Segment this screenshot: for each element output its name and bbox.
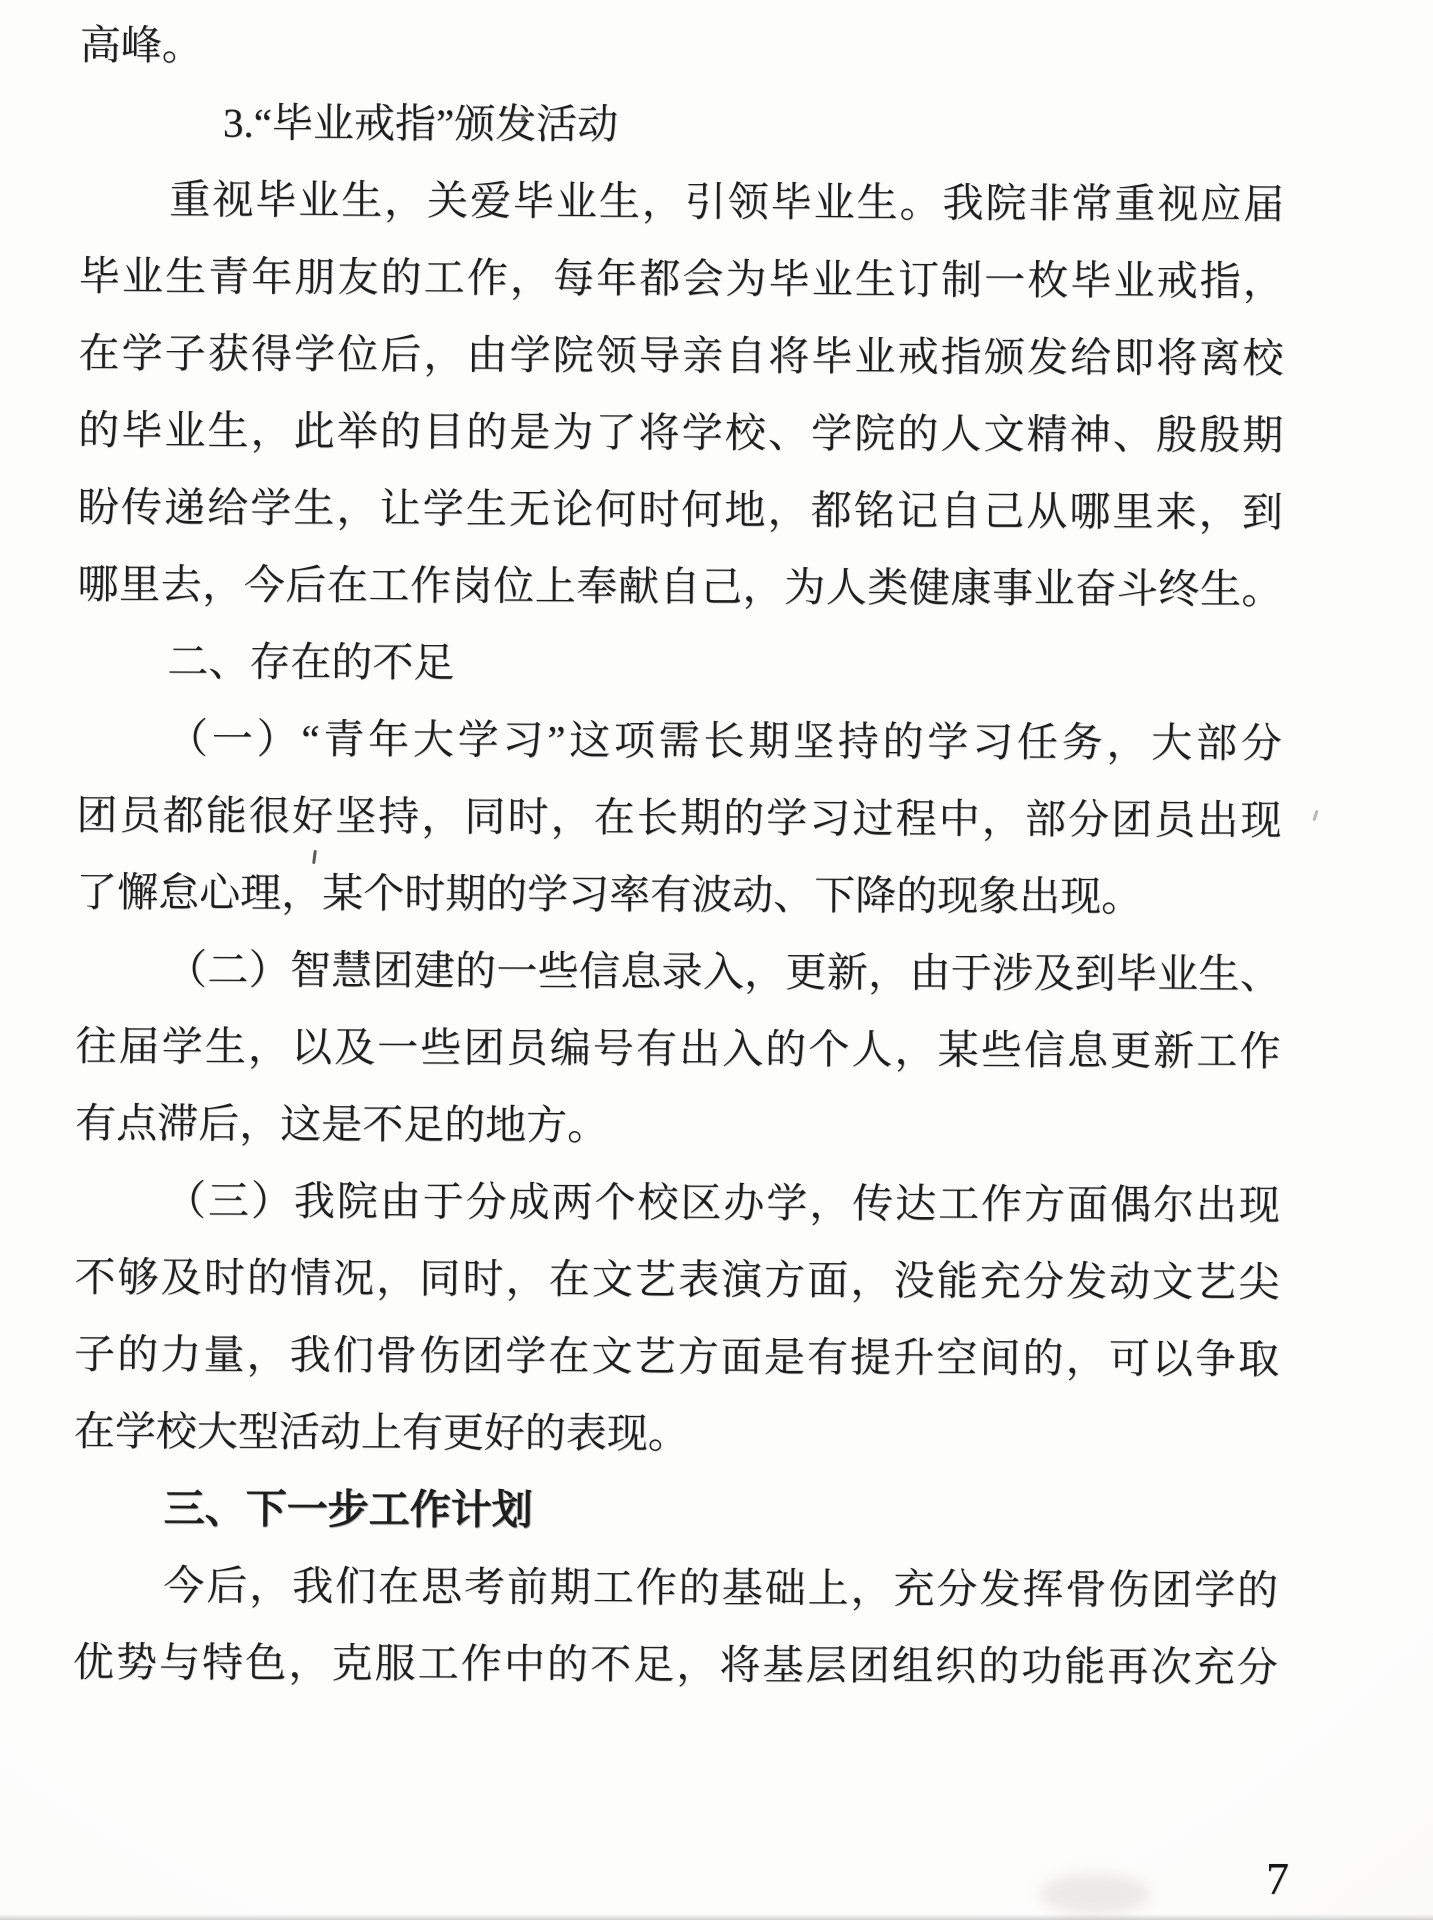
scan-speck xyxy=(1312,810,1318,821)
scan-edge-shadow xyxy=(0,1914,1433,1920)
scan-smudge xyxy=(1040,1874,1150,1914)
subheading: 3.“毕业戒指”颁发活动 xyxy=(79,84,1284,166)
text-line: 的毕业生，此举的目的是为了将学校、学院的人文精神、殷殷期 xyxy=(78,392,1283,474)
section-heading: 二、存在的不足 xyxy=(77,623,1282,705)
text-line: 子的力量，我们骨伤团学在文艺方面是有提升空间的，可以争取 xyxy=(74,1316,1279,1398)
text-line: 盼传递给学生，让学生无论何时何地，都铭记自己从哪里来，到 xyxy=(78,469,1283,551)
bold-heading: 三、下一步工作计划 xyxy=(73,1470,1278,1552)
page-number: 7 xyxy=(1266,1852,1289,1905)
text-line: （二）智慧团建的一些信息录入，更新，由于涉及到毕业生、 xyxy=(76,931,1281,1013)
scan-speck xyxy=(521,116,526,121)
text-line: 毕业生青年朋友的工作，每年都会为毕业生订制一枚毕业戒指， xyxy=(79,238,1284,320)
text-line: 哪里去，今后在工作岗位上奉献自己，为人类健康事业奋斗终生。 xyxy=(77,546,1282,628)
text-line: 重视毕业生，关爱毕业生，引领毕业生。我院非常重视应届 xyxy=(79,161,1284,243)
text-line: 今后，我们在思考前期工作的基础上，充分发挥骨伤团学的 xyxy=(73,1547,1278,1629)
text-line: （三）我院由于分成两个校区办学，传达工作方面偶尔出现 xyxy=(75,1162,1280,1244)
document-page: 高峰。3.“毕业戒指”颁发活动重视毕业生，关爱毕业生，引领毕业生。我院非常重视应… xyxy=(0,0,1433,1920)
text-line: 高峰。 xyxy=(80,7,1285,89)
text-line: 往届学生，以及一些团员编号有出入的个人，某些信息更新工作 xyxy=(75,1008,1280,1090)
text-line: 在学校大型活动上有更好的表现。 xyxy=(74,1393,1279,1475)
document-text: 高峰。3.“毕业戒指”颁发活动重视毕业生，关爱毕业生，引领毕业生。我院非常重视应… xyxy=(73,7,1285,1706)
text-line: 优势与特色，克服工作中的不足，将基层团组织的功能再次充分 xyxy=(73,1624,1278,1706)
text-line: 团员都能很好坚持，同时，在长期的学习过程中，部分团员出现 xyxy=(76,777,1281,859)
text-line: 在学子获得学位后，由学院领导亲自将毕业戒指颁发给即将离校 xyxy=(78,315,1283,397)
text-line: （一）“青年大学习”这项需长期坚持的学习任务，大部分 xyxy=(77,700,1282,782)
text-line: 不够及时的情况，同时，在文艺表演方面，没能充分发动文艺尖 xyxy=(74,1239,1279,1321)
text-line: 了懈怠心理，某个时期的学习率有波动、下降的现象出现。 xyxy=(76,854,1281,936)
text-line: 有点滞后，这是不足的地方。 xyxy=(75,1085,1280,1167)
